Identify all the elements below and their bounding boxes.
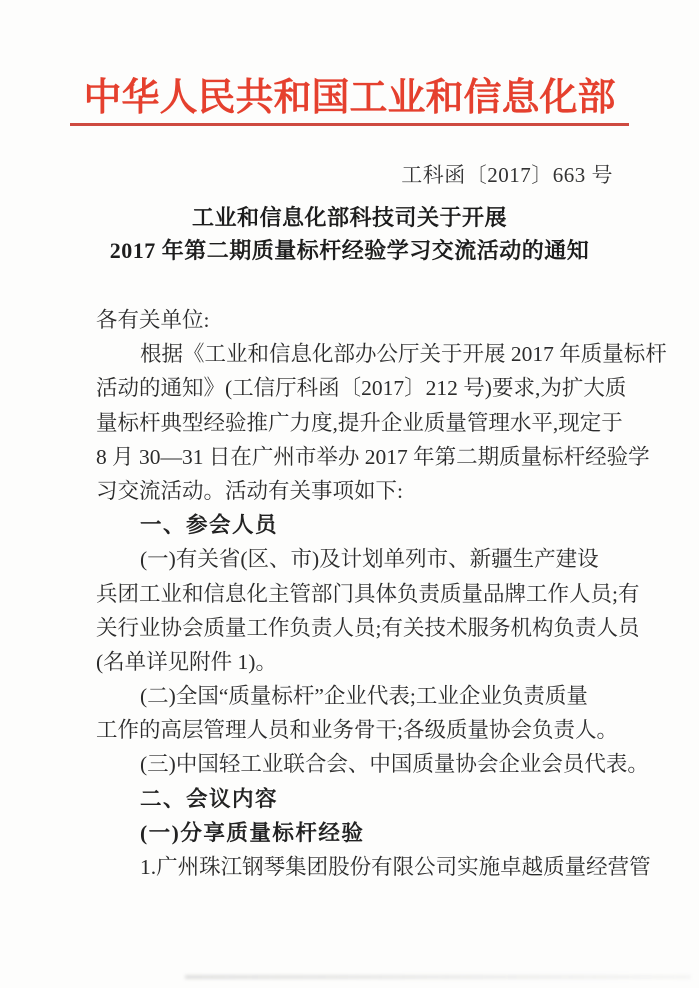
body-line: (一)有关省(区、市)及计划单列市、新疆生产建设: [96, 542, 616, 576]
body-line: 8 月 30—31 日在广州市举办 2017 年第二期质量标杆经验学: [96, 440, 616, 474]
body-line: 工作的高层管理人员和业务骨干;各级质量协会负责人。: [96, 713, 616, 747]
body-line: 活动的通知》(工信厅科函〔2017〕212 号)要求,为扩大质: [96, 371, 616, 405]
salutation: 各有关单位:: [96, 303, 616, 337]
document-title: 工业和信息化部科技司关于开展 2017 年第二期质量标杆经验学习交流活动的通知: [0, 201, 699, 267]
scanned-document-page: 中华人民共和国工业和信息化部 工科函〔2017〕663 号 工业和信息化部科技司…: [0, 0, 699, 988]
scan-artifact: [185, 975, 691, 979]
agency-header: 中华人民共和国工业和信息化部: [0, 66, 699, 121]
document-number: 工科函〔2017〕663 号: [401, 159, 613, 189]
body-line: 关行业协会质量工作负责人员;有关技术服务机构负责人员: [96, 611, 616, 645]
section-heading-2: 二、会议内容: [96, 782, 616, 816]
document-title-line-2: 2017 年第二期质量标杆经验学习交流活动的通知: [0, 234, 699, 267]
body-line: 1.广州珠江钢琴集团股份有限公司实施卓越质量经营管: [96, 850, 616, 884]
body-line: (二)全国“质量标杆”企业代表;工业企业负责质量: [96, 679, 616, 713]
body-line: 兵团工业和信息化主管部门具体负责质量品牌工作人员;有: [96, 577, 616, 611]
red-divider-line: [70, 123, 629, 126]
body-line: 根据《工业和信息化部办公厅关于开展 2017 年质量标杆: [96, 337, 616, 371]
body-line: (名单详见附件 1)。: [96, 645, 616, 679]
body-line: 习交流活动。活动有关事项如下:: [96, 474, 616, 508]
subsection-heading: (一)分享质量标杆经验: [96, 816, 616, 850]
section-heading-1: 一、参会人员: [96, 508, 616, 542]
document-title-line-1: 工业和信息化部科技司关于开展: [0, 201, 699, 234]
body-line: (三)中国轻工业联合会、中国质量协会企业会员代表。: [96, 747, 616, 781]
body-line: 量标杆典型经验推广力度,提升企业质量管理水平,现定于: [96, 406, 616, 440]
document-body: 各有关单位: 根据《工业和信息化部办公厅关于开展 2017 年质量标杆 活动的通…: [96, 303, 616, 884]
